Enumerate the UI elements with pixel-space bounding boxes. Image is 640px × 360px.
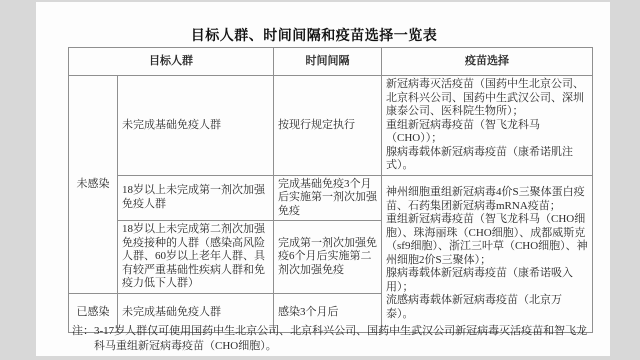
header-target-population: 目标人群 xyxy=(69,48,274,76)
header-time-interval: 时间间隔 xyxy=(274,48,382,76)
interval-cell-first-booster: 完成基础免疫3个月后实施第一剂次加强免疫 xyxy=(274,175,382,221)
vaccine-cell-basic: 新冠病毒灭活疫苗（国药中生北京公司、北京科兴公司、国药中生武汉公司、深圳康泰公司… xyxy=(382,76,593,176)
population-cell-basic: 未完成基础免疫人群 xyxy=(118,76,274,176)
document-page: 目标人群、时间间隔和疫苗选择一览表 目标人群 时间间隔 疫苗选择 未感染 未完成… xyxy=(36,2,610,356)
table-header-row: 目标人群 时间间隔 疫苗选择 xyxy=(69,48,593,76)
vaccine-selection-table: 目标人群 时间间隔 疫苗选择 未感染 未完成基础免疫人群 按现行规定执行 新冠病… xyxy=(68,47,593,333)
population-cell-second-booster: 18岁以上未完成第二剂次加强免疫接种的人群（感染高风险人群、60岁以上老年人群、… xyxy=(118,221,274,294)
header-vaccine-choice: 疫苗选择 xyxy=(382,48,593,76)
footnote-text: 3-17岁人群仅可使用国药中生北京公司、北京科兴公司、国药中生武汉公司新冠病毒灭… xyxy=(94,324,596,354)
interval-cell-basic: 按现行规定执行 xyxy=(274,76,382,176)
interval-cell-second-booster: 完成第一剂次加强免疫6个月后实施第二剂次加强免疫 xyxy=(274,221,382,294)
population-cell-first-booster: 18岁以上未完成第一剂次加强免疫人群 xyxy=(118,175,274,221)
table-row-basic-immunization: 未感染 未完成基础免疫人群 按现行规定执行 新冠病毒灭活疫苗（国药中生北京公司、… xyxy=(69,76,593,176)
table-row-first-booster: 18岁以上未完成第一剂次加强免疫人群 完成基础免疫3个月后实施第一剂次加强免疫 … xyxy=(69,175,593,221)
footnote: 注： 3-17岁人群仅可使用国药中生北京公司、北京科兴公司、国药中生武汉公司新冠… xyxy=(72,324,596,354)
footnote-label: 注： xyxy=(72,324,94,354)
page-title: 目标人群、时间间隔和疫苗选择一览表 xyxy=(36,25,592,45)
vaccine-cell-boosters: 神州细胞重组新冠病毒4价S三聚体蛋白疫苗、石药集团新冠病毒mRNA疫苗； 重组新… xyxy=(382,175,593,332)
group-label-not-infected: 未感染 xyxy=(69,76,118,294)
